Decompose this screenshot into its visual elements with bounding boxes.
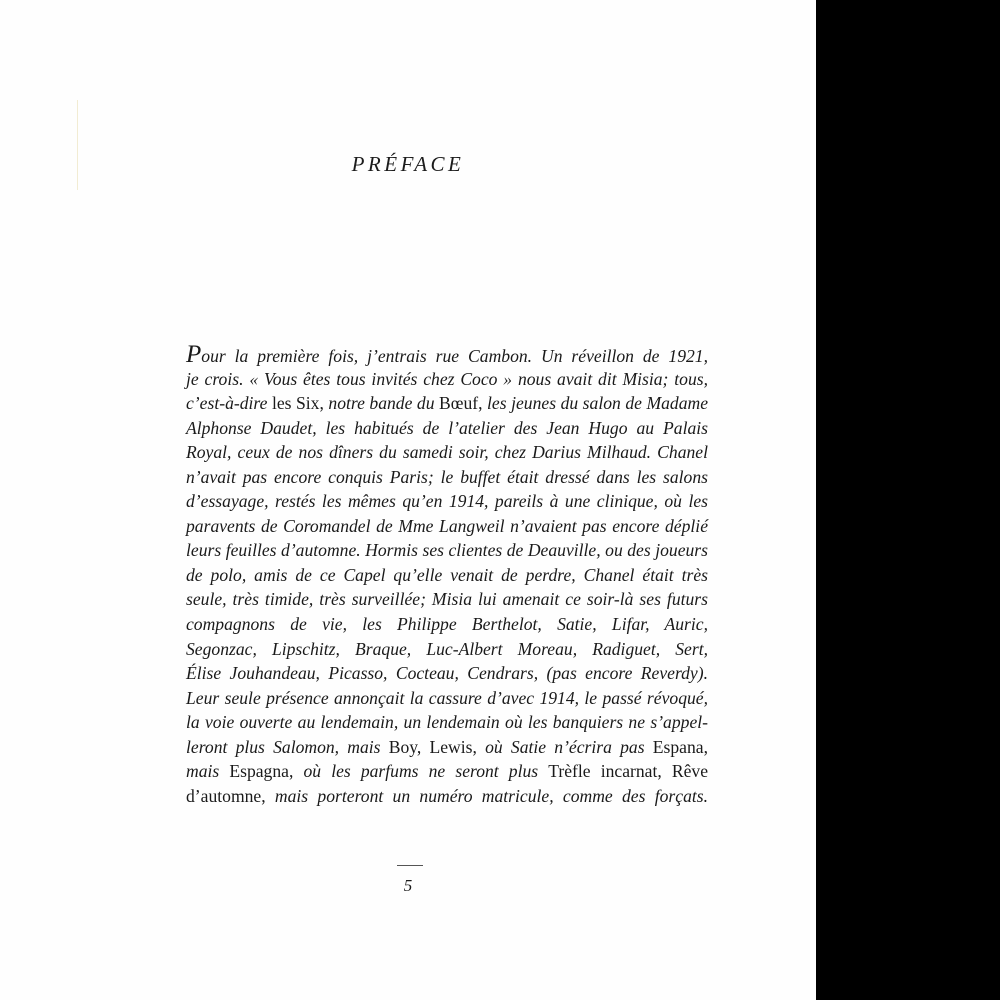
scan-background-edge (816, 0, 1000, 1000)
italic-text: mais (186, 761, 229, 781)
roman-text: Espana, (653, 737, 708, 757)
italic-text: la voie ouverte au lendemain, un lendema… (186, 712, 708, 732)
text-line: Alphonse Daudet, les habitués de l’ateli… (186, 416, 708, 441)
italic-text: n’avait pas encore conquis Paris; le buf… (186, 467, 708, 487)
text-line: Royal, ceux de nos dîners du samedi soir… (186, 440, 708, 465)
preface-paragraph: Pour la première fois, j’entrais rue Cam… (186, 342, 708, 808)
italic-text: Alphonse Daudet, les habitués de l’ateli… (186, 418, 708, 438)
roman-text: Trèfle incarnat, Rêve (548, 761, 708, 781)
text-line: d’essayage, restés les mêmes qu’en 1914,… (186, 489, 708, 514)
italic-text: mais porteront un numéro matricule, comm… (266, 786, 708, 806)
italic-text: de polo, amis de ce Capel qu’elle venait… (186, 565, 708, 585)
text-line: n’avait pas encore conquis Paris; le buf… (186, 465, 708, 490)
page-number: 5 (0, 876, 816, 896)
italic-text: our la première fois, j’entrais rue Camb… (201, 346, 708, 366)
text-line: Segonzac, Lipschitz, Braque, Luc-Albert … (186, 637, 708, 662)
text-line: de polo, amis de ce Capel qu’elle venait… (186, 563, 708, 588)
italic-text: Élise Jouhandeau, Picasso, Cocteau, Cend… (186, 663, 708, 683)
text-line: mais Espagna, où les parfums ne seront p… (186, 759, 708, 784)
italic-text: Leur seule présence annonçait la cassure… (186, 688, 708, 708)
italic-text: d’essayage, restés les mêmes qu’en 1914,… (186, 491, 708, 511)
italic-text: paravents de Coromandel de Mme Langweil … (186, 516, 708, 536)
italic-text: les jeunes du salon de Madame (483, 393, 708, 413)
roman-text: Espagna, (229, 761, 293, 781)
roman-text: Bœuf, (439, 393, 483, 413)
text-line: c’est-à-dire les Six, notre bande du Bœu… (186, 391, 708, 416)
italic-text: notre bande du (324, 393, 439, 413)
roman-text: les Six, (272, 393, 324, 413)
text-line: leurs feuilles d’automne. Hormis ses cli… (186, 538, 708, 563)
italic-text: compagnons de vie, les Philippe Berthelo… (186, 614, 708, 634)
italic-text: Segonzac, Lipschitz, Braque, Luc-Albert … (186, 639, 708, 659)
footer-rule (397, 865, 423, 866)
roman-text: d’automne, (186, 786, 266, 806)
text-line: Élise Jouhandeau, Picasso, Cocteau, Cend… (186, 661, 708, 686)
text-line: leront plus Salomon, mais Boy, Lewis, où… (186, 735, 708, 760)
page-title: PRÉFACE (0, 152, 816, 177)
italic-text: où Satie n’écrira pas (477, 737, 653, 757)
book-page: PRÉFACE Pour la première fois, j’entrais… (0, 0, 816, 1000)
italic-text: c’est-à-dire (186, 393, 272, 413)
text-line: Pour la première fois, j’entrais rue Cam… (186, 342, 708, 367)
text-line: seule, très timide, très surveillée; Mis… (186, 587, 708, 612)
text-line: je crois. « Vous êtes tous invités chez … (186, 367, 708, 392)
drop-cap: P (186, 341, 201, 368)
italic-text: leurs feuilles d’automne. Hormis ses cli… (186, 540, 708, 560)
italic-text: je crois. « Vous êtes tous invités chez … (186, 369, 708, 389)
text-line: paravents de Coromandel de Mme Langweil … (186, 514, 708, 539)
italic-text: Royal, ceux de nos dîners du samedi soir… (186, 442, 708, 462)
text-line: Leur seule présence annonçait la cassure… (186, 686, 708, 711)
italic-text: seule, très timide, très surveillée; Mis… (186, 589, 708, 609)
text-line: compagnons de vie, les Philippe Berthelo… (186, 612, 708, 637)
text-line: d’automne, mais porteront un numéro matr… (186, 784, 708, 809)
text-line: la voie ouverte au lendemain, un lendema… (186, 710, 708, 735)
italic-text: où les parfums ne seront plus (293, 761, 548, 781)
roman-text: Boy, Lewis, (389, 737, 477, 757)
italic-text: leront plus Salomon, mais (186, 737, 389, 757)
